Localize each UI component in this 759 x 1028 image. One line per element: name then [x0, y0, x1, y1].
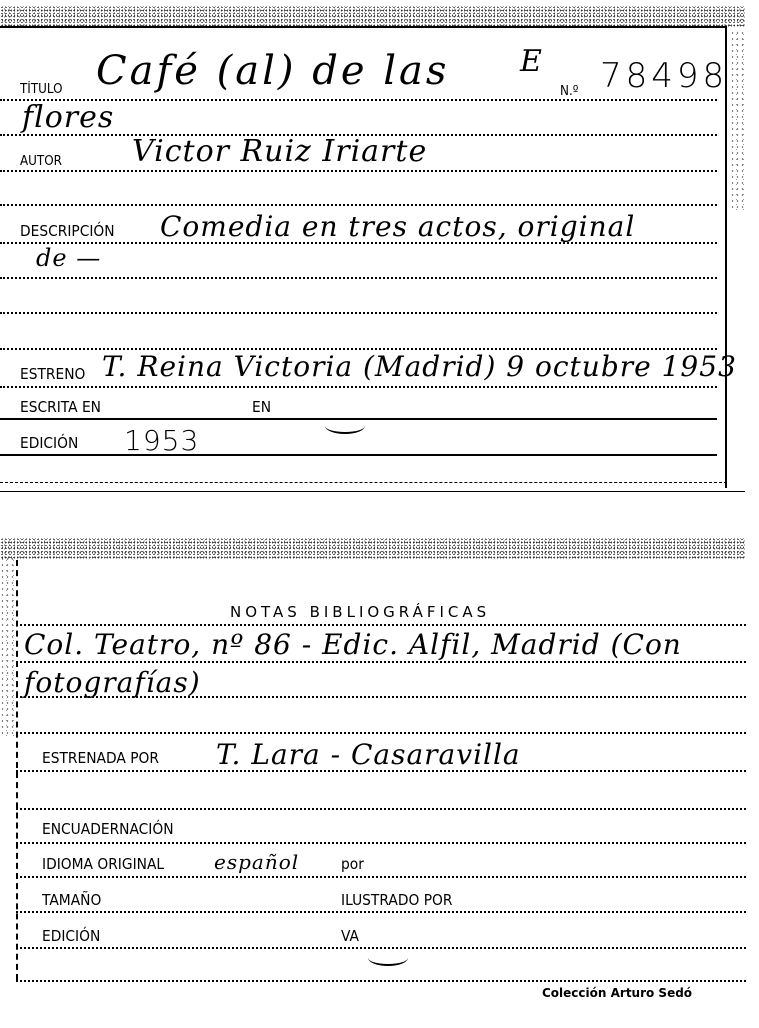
titulo-label: TÍTULO [20, 82, 63, 97]
card-edge-texture [730, 30, 746, 210]
descripcion-label: DESCRIPCIÓN [20, 222, 115, 240]
rule [0, 277, 717, 279]
rule [16, 661, 746, 663]
rule [16, 624, 746, 626]
notas-line-1: Col. Teatro, nº 86 - Edic. Alfil, Madrid… [24, 628, 682, 661]
idioma-original-value: español [214, 850, 299, 874]
tamano-label: TAMAÑO [42, 891, 101, 909]
idioma-por-label: por [341, 855, 364, 873]
registro-number: 78498 [600, 56, 728, 96]
edicion-label: EDICIÓN [20, 434, 78, 452]
autor-label: AUTOR [20, 154, 62, 169]
rule [16, 808, 746, 810]
titulo-value-cont: flores [22, 100, 114, 135]
estrenada-por-label: ESTRENADA POR [42, 749, 159, 767]
card-edge-texture [0, 6, 745, 28]
registro-initial: E [520, 44, 543, 79]
edicion-back-label: EDICIÓN [42, 927, 100, 945]
notas-heading: NOTAS BIBLIOGRÁFICAS [230, 603, 490, 621]
card-bottom-edge [0, 482, 727, 483]
ilustrado-por-label: ILUSTRADO POR [341, 891, 452, 909]
rule [16, 947, 746, 949]
rule [16, 842, 746, 844]
card-edge-texture [0, 538, 745, 560]
descripcion-value-cont: de — [36, 244, 101, 272]
rule [0, 454, 717, 456]
escrita-en-label: ESCRITA EN [20, 398, 101, 416]
rule [0, 204, 717, 206]
rule [16, 732, 746, 734]
titulo-value: Café (al) de las [96, 48, 449, 94]
rule [0, 386, 717, 388]
card-separator [0, 491, 745, 492]
descripcion-value: Comedia en tres actos, original [160, 210, 635, 243]
rule [16, 696, 746, 698]
rule [0, 312, 717, 314]
estreno-value: T. Reina Victoria (Madrid) 9 octubre 195… [102, 350, 737, 383]
rule [0, 170, 717, 172]
notas-line-2: fotografías) [24, 666, 201, 699]
estrenada-por-value: T. Lara - Casaravilla [216, 738, 521, 771]
rule [16, 980, 746, 982]
edicion-value: 1953 [124, 424, 199, 457]
escrita-en-label-2: EN [252, 398, 271, 416]
rule [0, 242, 717, 244]
collection-credit: Colección Arturo Sedó [542, 986, 692, 1000]
encuadernacion-label: ENCUADERNACIÓN [42, 820, 174, 838]
registro-prefix: N.º [560, 84, 578, 99]
ink-mark [368, 950, 408, 966]
autor-value: Victor Ruiz Iriarte [132, 134, 427, 169]
va-label: VA [341, 927, 359, 945]
rule [16, 911, 746, 913]
estreno-label: ESTRENO [20, 365, 85, 383]
rule [16, 876, 746, 878]
rule [16, 770, 746, 772]
ink-mark [325, 418, 365, 434]
idioma-original-label: IDIOMA ORIGINAL [42, 855, 164, 873]
card-edge-texture [0, 556, 16, 736]
